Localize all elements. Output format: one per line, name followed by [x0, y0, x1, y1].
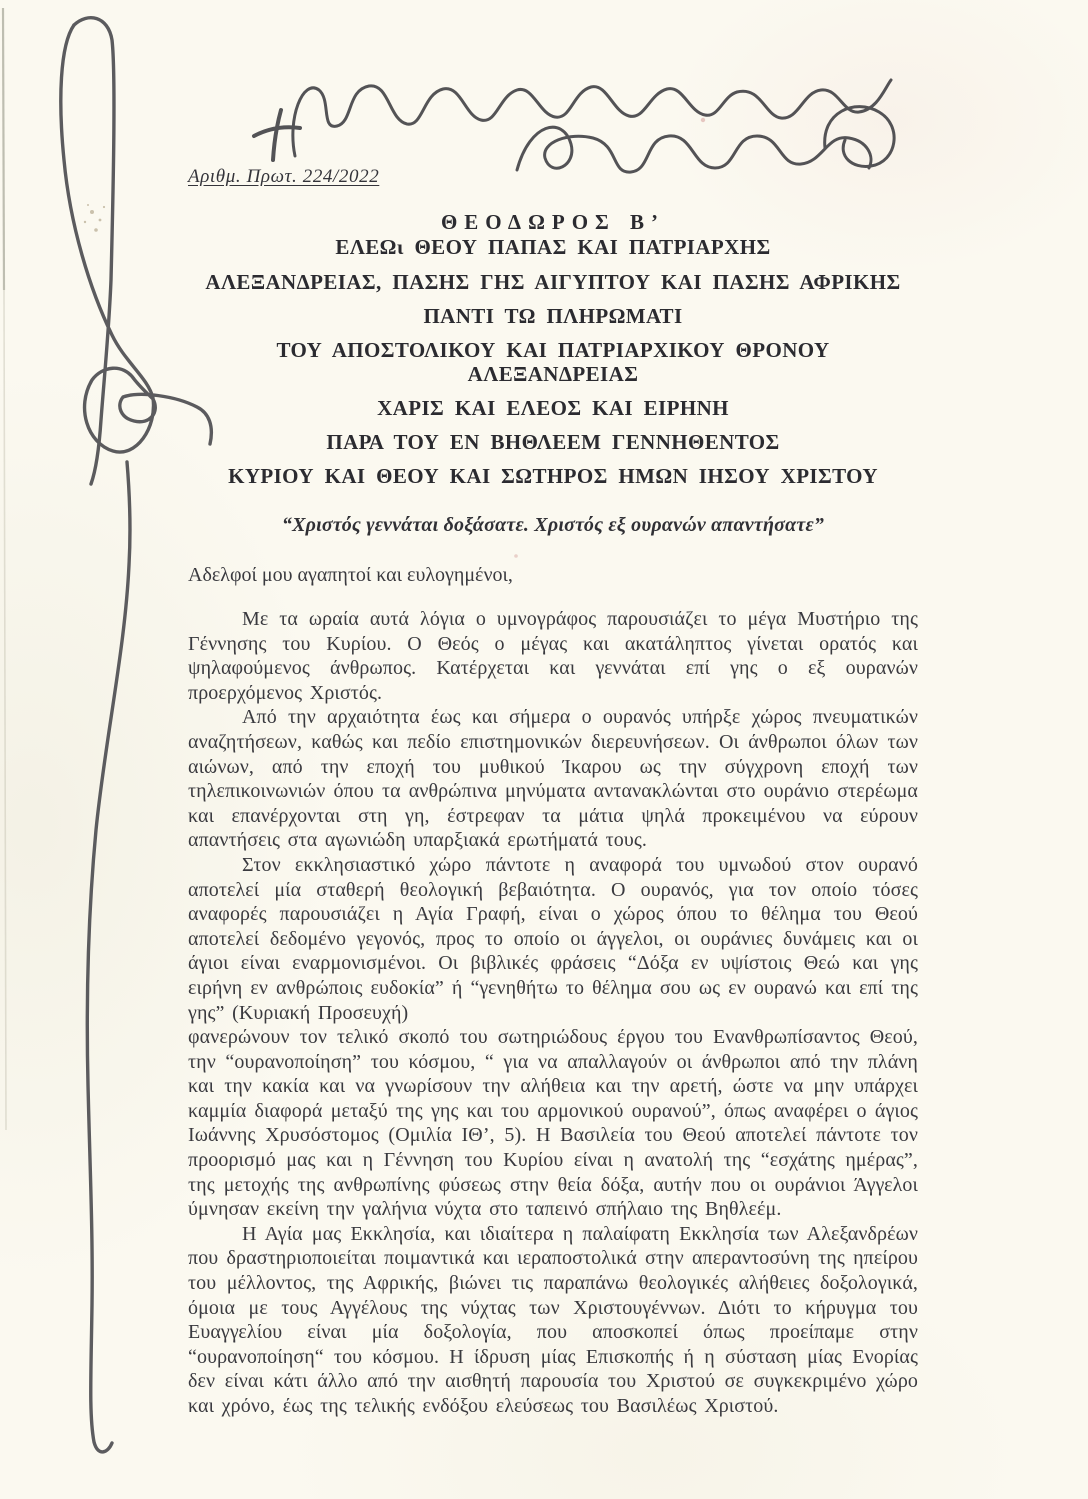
letterhead-line-title: ΕΛΕΩι ΘΕΟΥ ΠΑΠΑΣ ΚΑΙ ΠΑΤΡΙΑΡΧΗΣ [188, 235, 918, 259]
letterhead-line-blessing: ΧΑΡΙΣ ΚΑΙ ΕΛΕΟΣ ΚΑΙ ΕΙΡΗΝΗ [188, 396, 918, 420]
body-paragraph: φανερώνουν τον τελικό σκοπό του σωτηριώδ… [188, 1025, 918, 1222]
document-content: Αριθμ. Πρωτ. 224/2022 ΘΕΟΔΩΡΟΣ Β’ ΕΛΕΩι … [188, 0, 918, 1419]
letterhead-line-christ: ΚΥΡΙΟΥ ΚΑΙ ΘΕΟΥ ΚΑΙ ΣΩΤΗΡΟΣ ΗΜΩΝ ΙΗΣΟΥ Χ… [188, 464, 918, 488]
encyclical-body: Με τα ωραία αυτά λόγια ο υμνογράφος παρο… [188, 607, 918, 1419]
patriarchal-letterhead: ΘΕΟΔΩΡΟΣ Β’ ΕΛΕΩι ΘΕΟΥ ΠΑΠΑΣ ΚΑΙ ΠΑΤΡΙΑΡ… [188, 210, 918, 488]
scanned-document-page: Αριθμ. Πρωτ. 224/2022 ΘΕΟΔΩΡΟΣ Β’ ΕΛΕΩι … [0, 0, 1088, 1499]
salutation: Αδελφοί μου αγαπητοί και ευλογημένοι, [188, 563, 918, 587]
hymn-epigraph: “Χριστός γεννάται δοξάσατε. Χριστός εξ ο… [188, 514, 918, 537]
body-paragraph: Η Αγία μας Εκκλησία, και ιδιαίτερα η παλ… [188, 1222, 918, 1419]
body-paragraph: Στον εκκλησιαστικό χώρο πάντοτε η αναφορ… [188, 853, 918, 1025]
scan-speckle [84, 204, 105, 232]
letterhead-line-name: ΘΕΟΔΩΡΟΣ Β’ [188, 210, 918, 234]
letterhead-line-see: ΑΛΕΞΑΝΔΡΕΙΑΣ, ΠΑΣΗΣ ΓΗΣ ΑΙΓΥΠΤΟΥ ΚΑΙ ΠΑΣ… [188, 270, 918, 294]
body-paragraph: Με τα ωραία αυτά λόγια ο υμνογράφος παρο… [188, 607, 918, 705]
letterhead-line-address: ΠΑΝΤΙ ΤΩ ΠΛΗΡΩΜΑΤΙ [188, 304, 918, 328]
letterhead-line-throne: ΤΟΥ ΑΠΟΣΤΟΛΙΚΟΥ ΚΑΙ ΠΑΤΡΙΑΡΧΙΚΟΥ ΘΡΟΝΟΥ … [188, 338, 918, 386]
protocol-number: Αριθμ. Πρωτ. 224/2022 [188, 166, 379, 188]
scan-edge-line [3, 8, 4, 290]
body-paragraph: Από την αρχαιότητα έως και σήμερα ο ουρα… [188, 705, 918, 853]
letterhead-line-bethlehem: ΠΑΡΑ ΤΟΥ ΕΝ ΒΗΘΛΕΕΜ ΓΕΝΝΗΘΕΝΤΟΣ [188, 430, 918, 454]
